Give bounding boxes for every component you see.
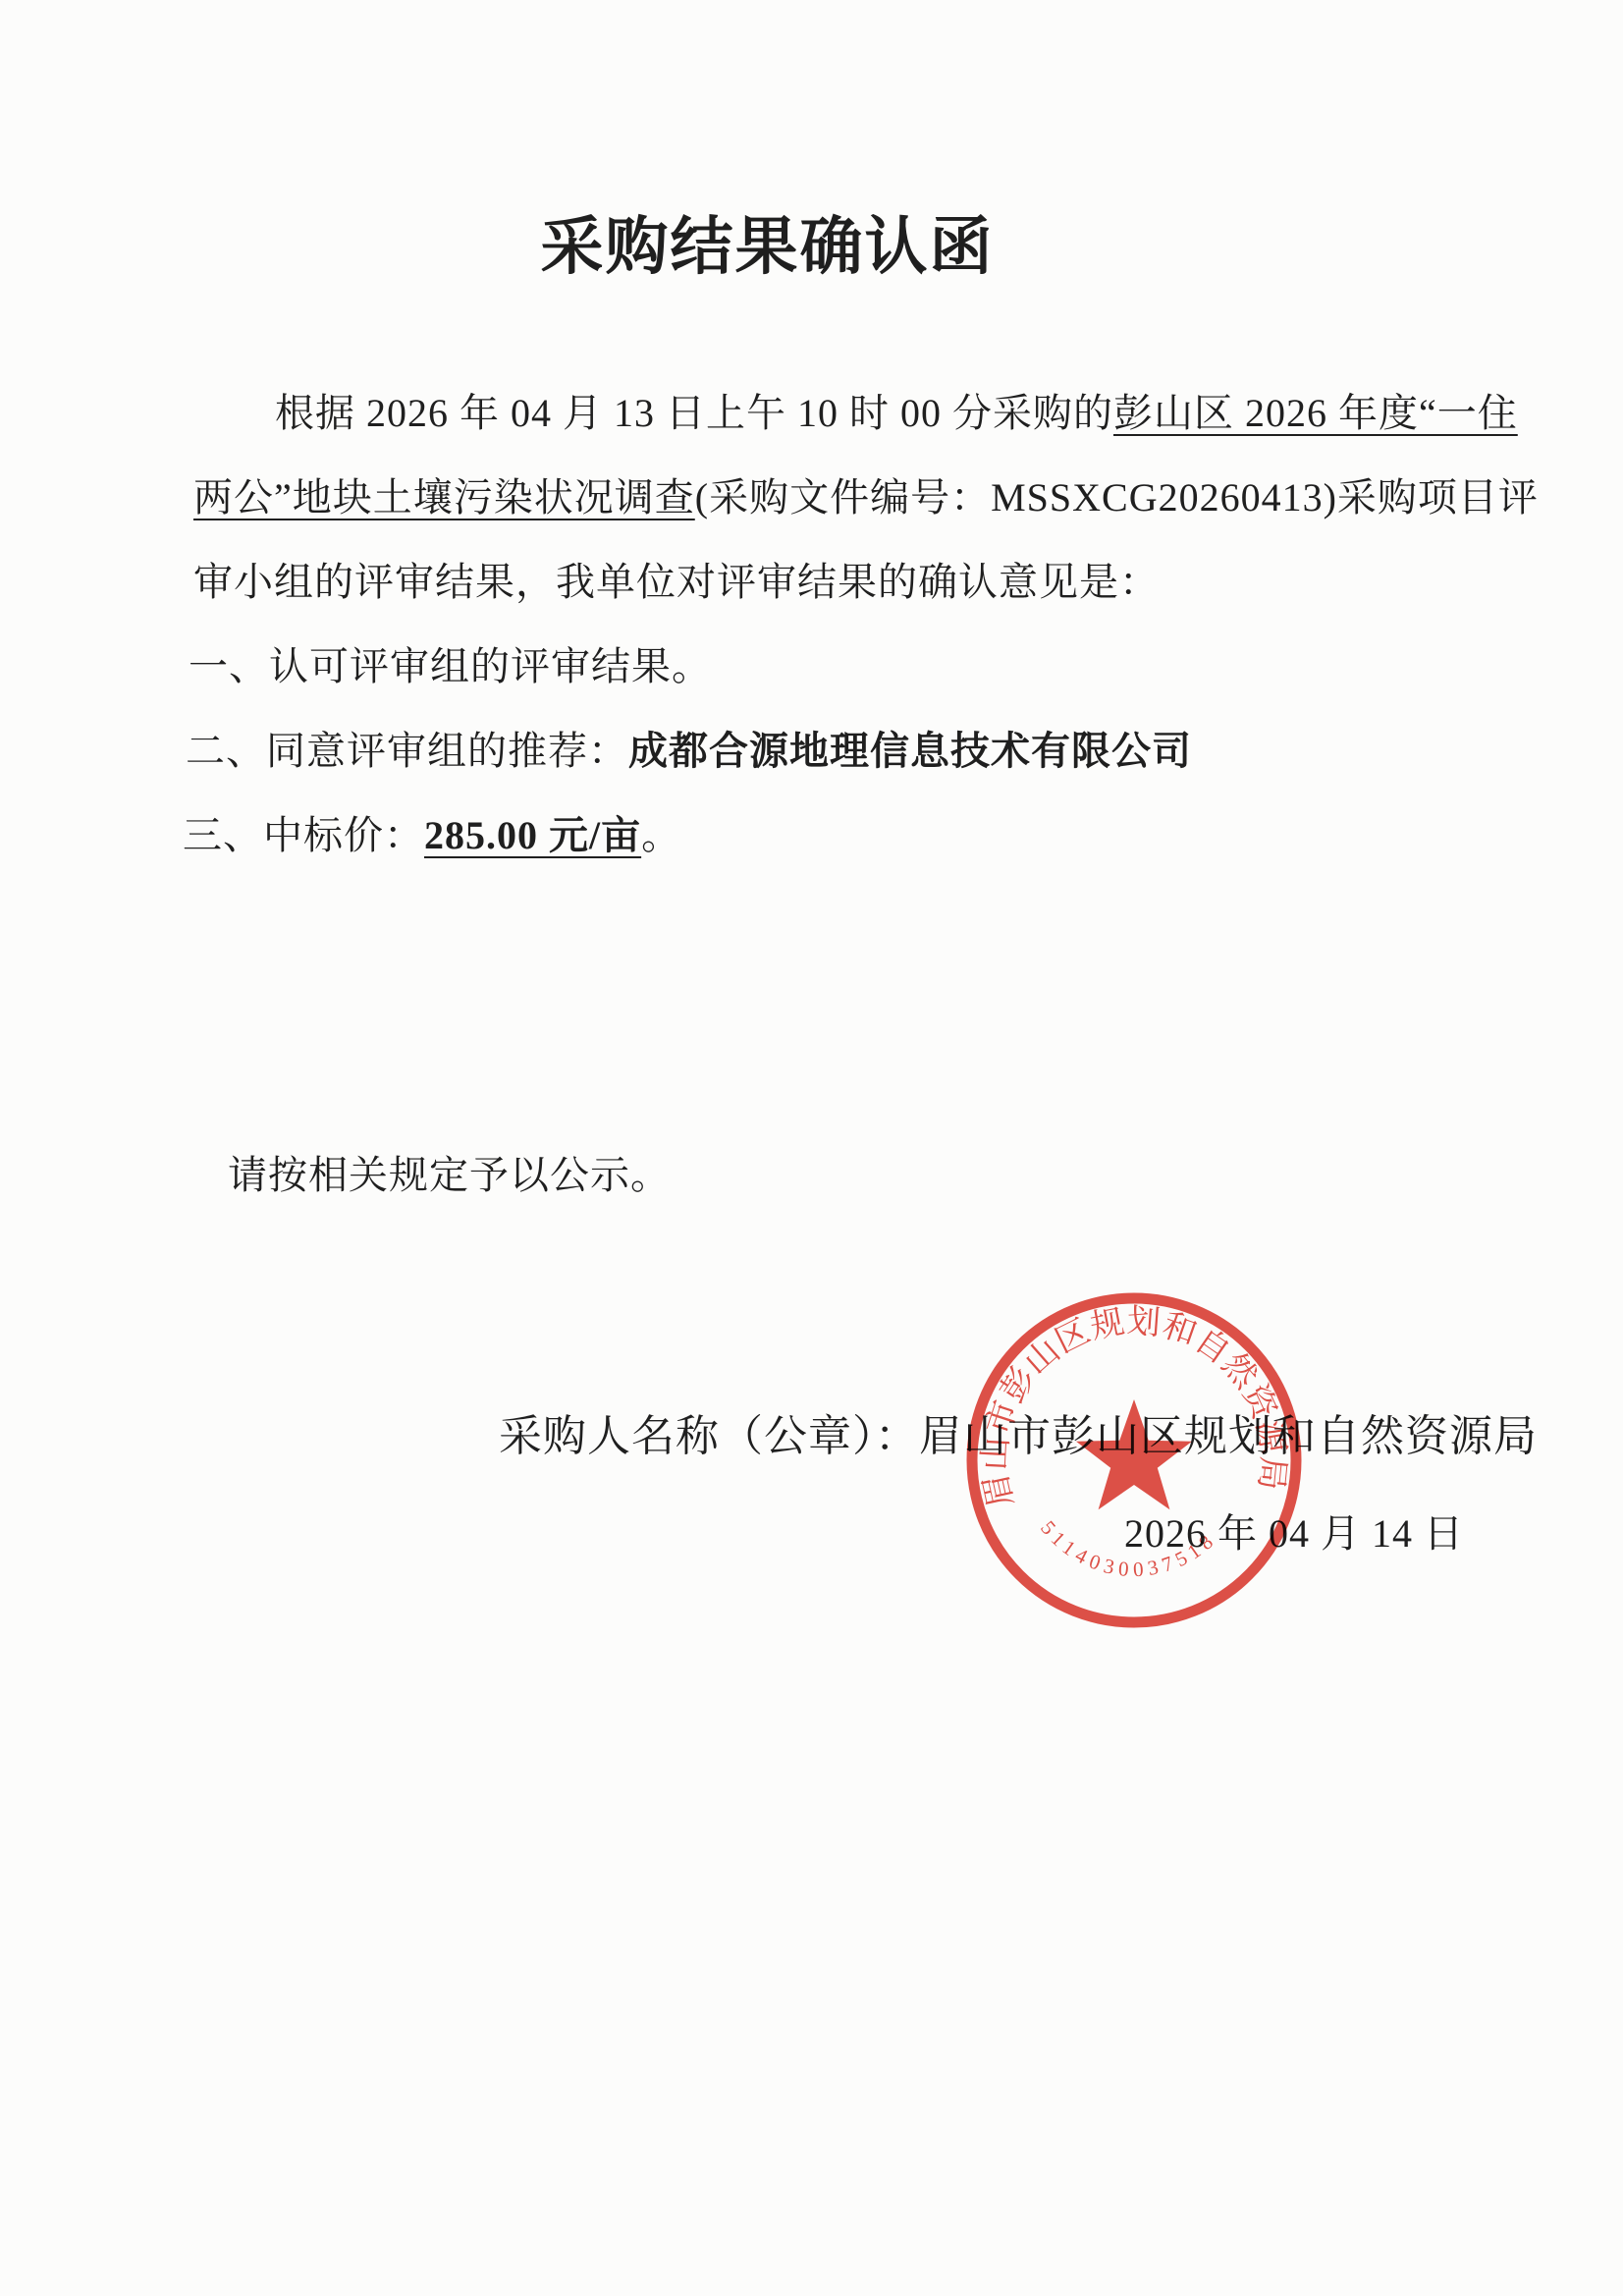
seal-number-arc-text: 5114030037518: [1036, 1516, 1221, 1581]
project-name-part-2: 两公”地块土壤污染状况调查: [193, 475, 695, 519]
body-line-1: 根据 2026 年 04 月 13 日上午 10 时 00 分采购的彭山区 20…: [275, 390, 1518, 437]
body-line-1-text: 根据 2026 年 04 月 13 日上午 10 时 00 分采购的: [275, 391, 1113, 435]
purchaser-label: 采购人名称（公章）：: [499, 1412, 919, 1460]
seal-star-icon: [1076, 1399, 1192, 1509]
document-title: 采购结果确认函: [0, 196, 1535, 287]
winning-company-name: 成都合源地理信息技术有限公司: [628, 729, 1192, 773]
confirm-item-3-label: 三、中标价：: [183, 813, 424, 857]
body-line-2-text: (采购文件编号：MSSXCG20260413)采购项目评: [695, 475, 1539, 519]
confirm-item-2: 二、同意评审组的推荐：成都合源地理信息技术有限公司: [186, 728, 1192, 775]
confirm-item-3-period: 。: [641, 813, 681, 857]
project-name-part-1: 彭山区 2026 年度“一住: [1113, 391, 1518, 435]
confirm-item-3: 三、中标价：285.00 元/亩。: [183, 812, 681, 859]
body-line-2: 两公”地块土壤污染状况调查(采购文件编号：MSSXCG20260413)采购项目…: [193, 474, 1539, 521]
official-seal: 眉山市彭山区规划和自然资源局 5114030037518: [957, 1284, 1311, 1637]
body-line-3: 审小组的评审结果，我单位对评审结果的确认意见是：: [193, 559, 1160, 606]
confirm-item-1: 一、认可评审组的评审结果。: [189, 643, 712, 690]
confirm-item-2-label: 二、同意评审组的推荐：: [186, 729, 628, 773]
document-page: 采购结果确认函 根据 2026 年 04 月 13 日上午 10 时 00 分采…: [0, 0, 1623, 2296]
publicity-notice: 请按相关规定予以公示。: [228, 1152, 671, 1199]
winning-price: 285.00 元/亩: [424, 813, 641, 857]
